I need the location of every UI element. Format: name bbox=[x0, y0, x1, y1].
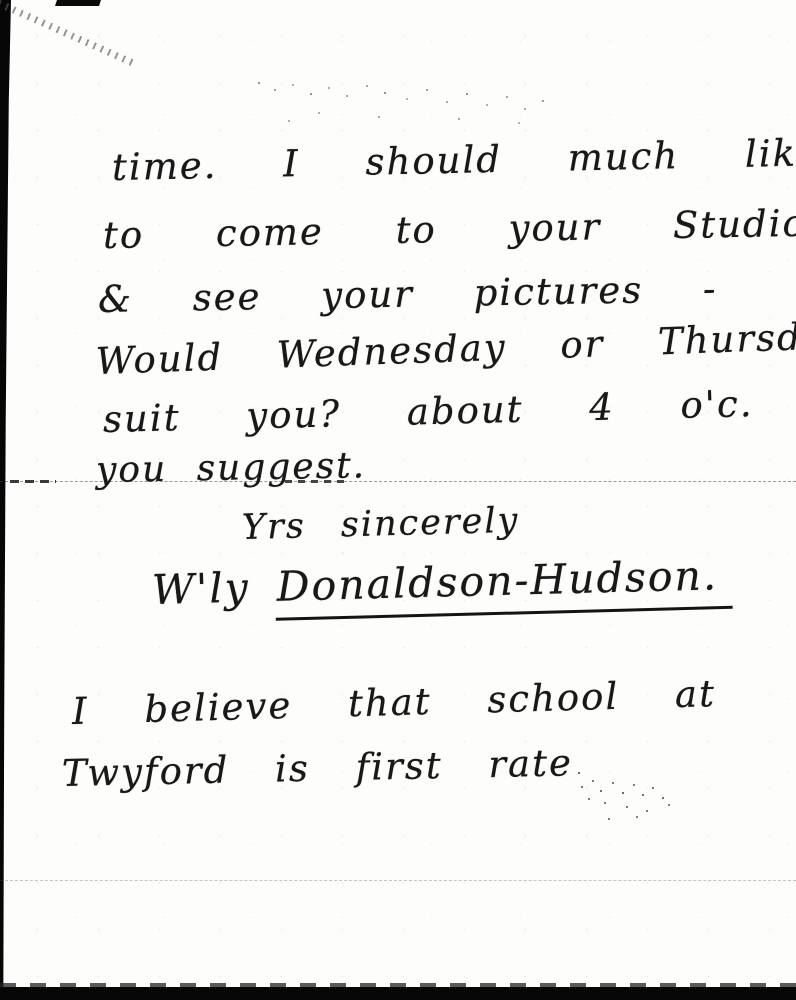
signature-prefix: W'ly bbox=[151, 563, 250, 614]
letter-closing: Yrs sincerely bbox=[241, 501, 519, 548]
scan-smudge-top bbox=[258, 82, 260, 84]
scan-smudge-top-diagonal bbox=[0, 0, 137, 67]
signature-name-underlined: Donaldson-Hudson. bbox=[274, 551, 733, 621]
scan-edge-left bbox=[0, 0, 11, 1000]
letter-line-3: & see your pictures - bbox=[98, 267, 718, 321]
scan-smudge-bottom bbox=[578, 772, 580, 774]
letter-line-6: you suggest. bbox=[96, 445, 367, 491]
scanned-letter-page: time. I should much like to come to your… bbox=[0, 0, 796, 1000]
letter-line-4: Would Wednesday or Thursday bbox=[95, 314, 796, 383]
postscript-line-1: I believe that school at bbox=[71, 672, 716, 733]
scan-mark-top bbox=[55, 0, 101, 6]
letter-line-5: suit you? about 4 o'c. as bbox=[102, 379, 796, 441]
letter-line-2: to come to your Studio. bbox=[103, 201, 796, 257]
scan-edge-bottom bbox=[0, 987, 796, 1000]
fold-crease-lower bbox=[0, 880, 796, 881]
letter-signature: W'ly Donaldson-Hudson. bbox=[151, 551, 732, 614]
postscript-line-2: Twyford is first rate bbox=[62, 741, 574, 795]
letter-line-1: time. I should much like bbox=[112, 131, 796, 189]
